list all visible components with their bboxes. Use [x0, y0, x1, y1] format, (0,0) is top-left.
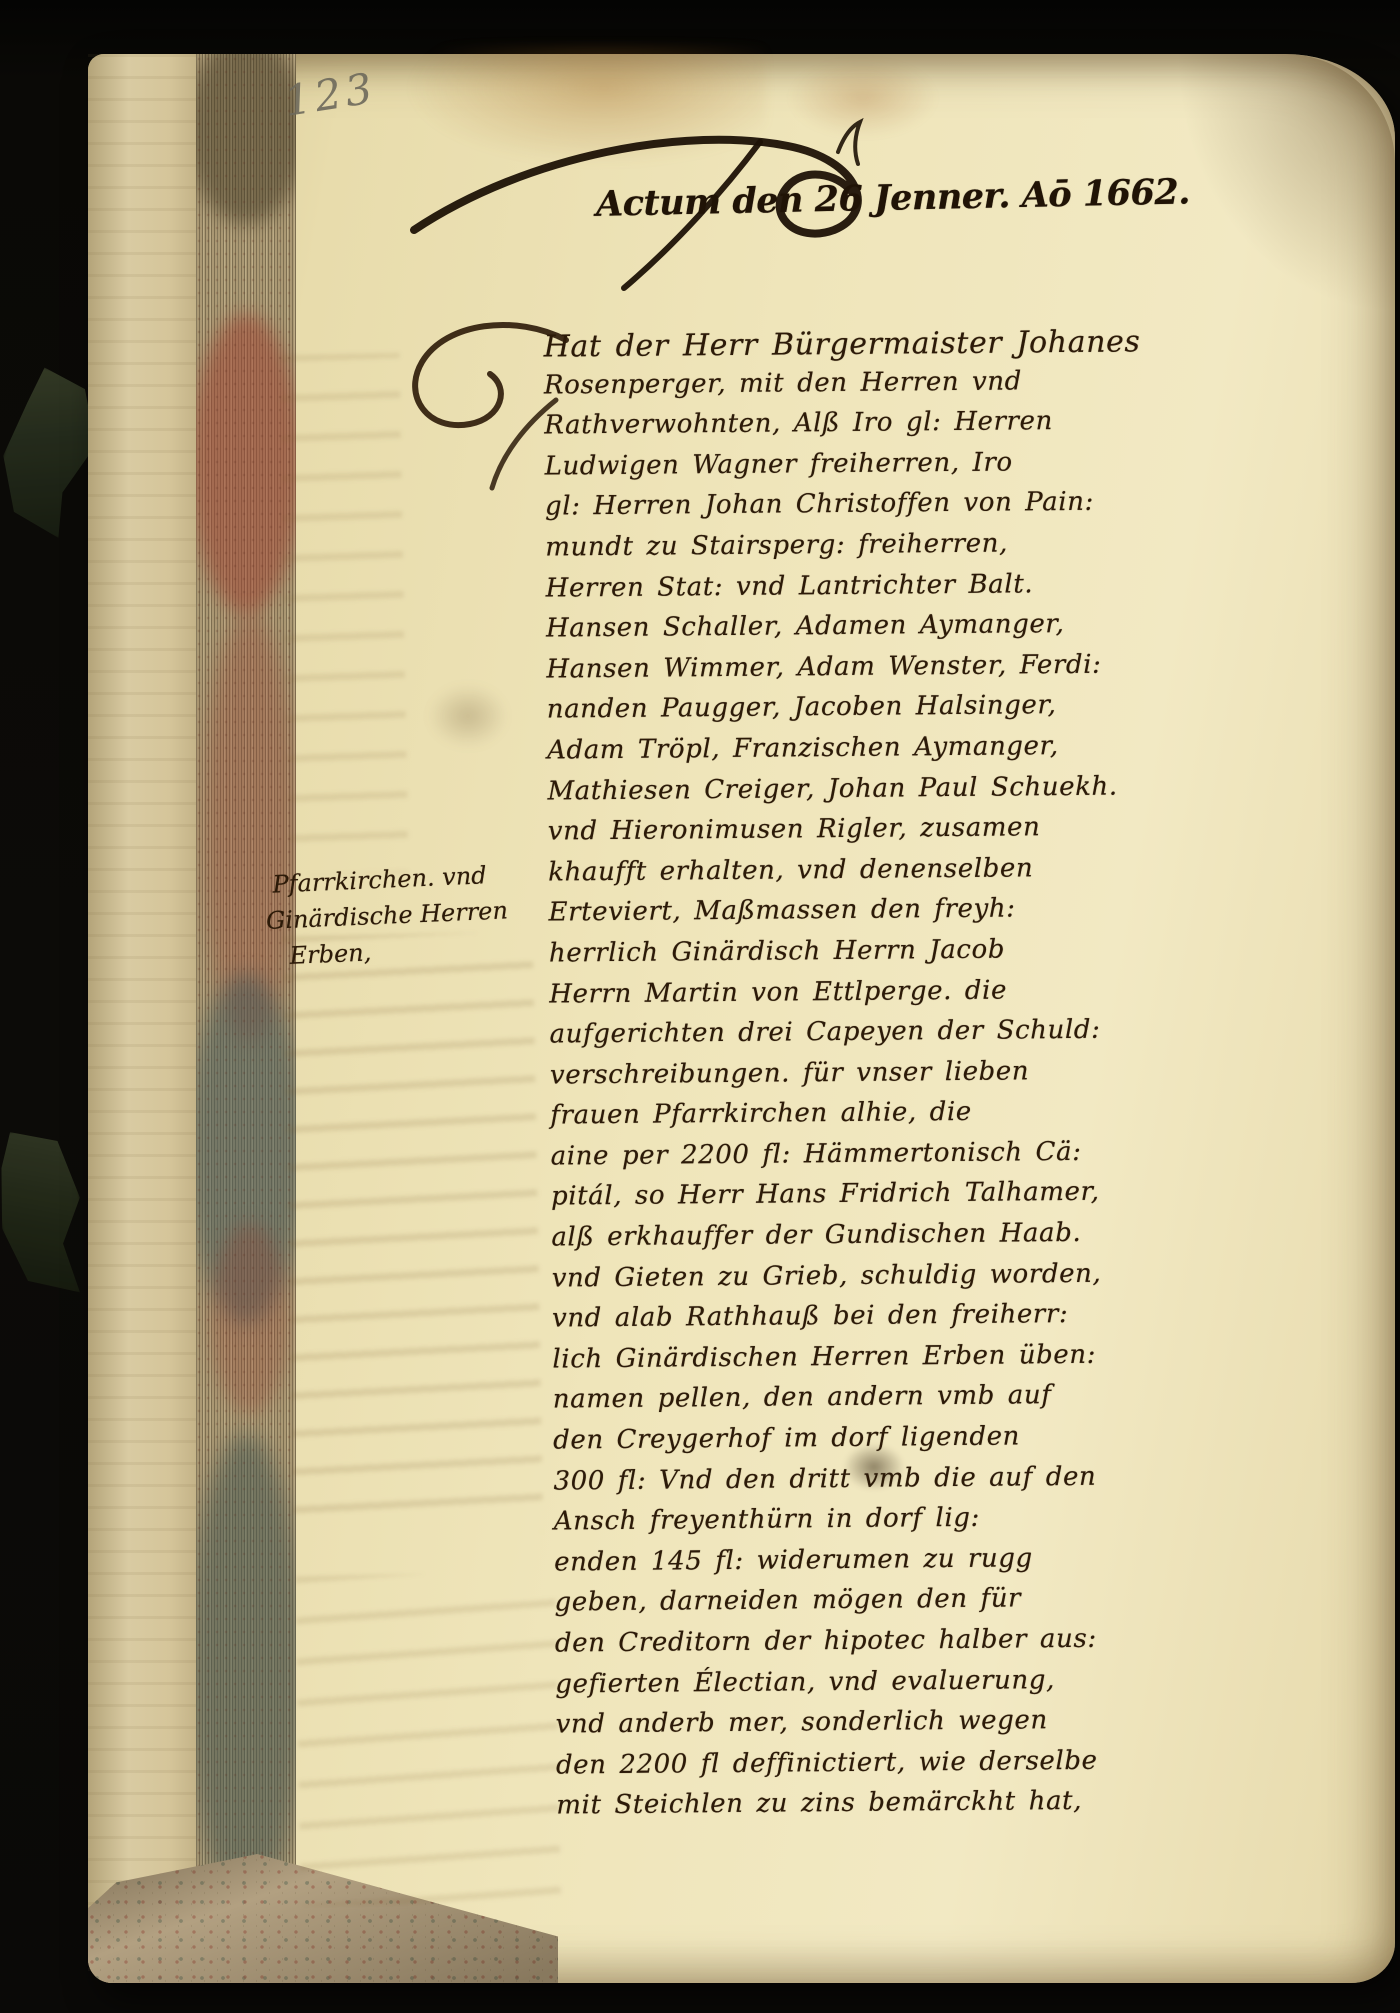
text-line: khaufft erhalten, vnd denenselben — [548, 850, 1358, 898]
text-line: Herrn Martin von Ettlperge. die — [549, 972, 1359, 1020]
text-line: Hat der Herr Bürgermaister Johanes — [543, 322, 1353, 370]
vellum-cover-edge — [88, 54, 204, 1983]
text-line: den Creditorn der hipotec halber aus: — [555, 1621, 1365, 1669]
book-fore-edge — [196, 54, 296, 1983]
binding-tie-icon — [0, 1122, 96, 1304]
edge-speckle — [196, 54, 296, 1983]
text-line: Hansen Wimmer, Adam Wenster, Ferdi: — [546, 647, 1356, 695]
text-line: Mathiesen Creiger, Johan Paul Schuekh. — [547, 769, 1357, 817]
manuscript-page: 123 Actum den 26 Jenner. Aō 1662. Pfarrk… — [88, 54, 1395, 1983]
bleed-through — [283, 932, 543, 1536]
bleed-through — [295, 1572, 561, 1906]
text-line: vnd Hieronimusen Rigler, zusamen — [548, 810, 1358, 858]
text-line: vnd Gieten zu Grieb, schuldig worden, — [552, 1256, 1362, 1304]
body-text: Hat der Herr Bürgermaister JohanesRosenp… — [543, 322, 1366, 1831]
corner-shading — [1175, 54, 1395, 314]
text-line: nanden Paugger, Jacoben Halsinger, — [547, 688, 1357, 736]
text-line: mundt zu Stairsperg: freiherren, — [545, 525, 1355, 573]
text-line: den 2200 fl deffinictiert, wie derselbe — [556, 1743, 1366, 1791]
text-line: verschreibungen. für vnser lieben — [550, 1053, 1360, 1101]
text-line: Ansch freyenthürn in dorf lig: — [554, 1500, 1364, 1548]
text-line: gefierten Électian, vnd evaluerung, — [555, 1662, 1365, 1710]
text-line: namen pellen, den andern vmb auf — [553, 1378, 1363, 1426]
text-line: Rathverwohnten, Alß Iro gl: Herren — [544, 404, 1354, 452]
bleed-through — [279, 353, 408, 875]
text-line: Erteviert, Maßmassen den freyh: — [548, 891, 1358, 939]
text-line: pitál, so Herr Hans Fridrich Talhamer, — [551, 1175, 1361, 1223]
text-line: vnd alab Rathhauß bei den freiherr: — [552, 1297, 1362, 1345]
text-line: mit Steichlen zu zins bemärckht hat, — [556, 1784, 1366, 1832]
text-line: Ludwigen Wagner freiherren, Iro — [545, 444, 1355, 492]
text-line: alß erkhauffer der Gundischen Haab. — [551, 1216, 1361, 1264]
photograph-background: 123 Actum den 26 Jenner. Aō 1662. Pfarrk… — [0, 0, 1400, 2013]
text-line: Adam Tröpl, Franzischen Aymanger, — [547, 728, 1357, 776]
text-line: 300 fl: Vnd den dritt vmb die auf den — [553, 1459, 1363, 1507]
text-line: den Creygerhof im dorf ligenden — [553, 1418, 1363, 1466]
text-line: gl: Herren Johan Christoffen von Pain: — [545, 485, 1355, 533]
margin-note: Pfarrkirchen. vnd Ginärdische Herren Erb… — [272, 854, 576, 975]
text-line: Herren Stat: vnd Lantrichter Balt. — [546, 566, 1356, 614]
text-line: enden 145 fl: widerumen zu rugg — [554, 1540, 1364, 1588]
text-line: lich Ginärdischen Herren Erben üben: — [552, 1337, 1362, 1385]
text-line: Hansen Schaller, Adamen Aymanger, — [546, 607, 1356, 655]
text-line: Rosenperger, mit den Herren vnd — [544, 363, 1354, 411]
text-line: geben, darneiden mögen den für — [554, 1581, 1364, 1629]
heading-area: Actum den 26 Jenner. Aō 1662. — [408, 112, 1148, 282]
paper-stain — [428, 684, 508, 748]
text-line: aine per 2200 fl: Hämmertonisch Cä: — [551, 1134, 1361, 1182]
text-line: herrlich Ginärdisch Herrn Jacob — [549, 931, 1359, 979]
text-line: vnd anderb mer, sonderlich wegen — [556, 1703, 1366, 1751]
text-line: frauen Pfarrkirchen alhie, die — [550, 1094, 1360, 1142]
text-line: aufgerichten drei Capeyen der Schuld: — [549, 1013, 1359, 1061]
